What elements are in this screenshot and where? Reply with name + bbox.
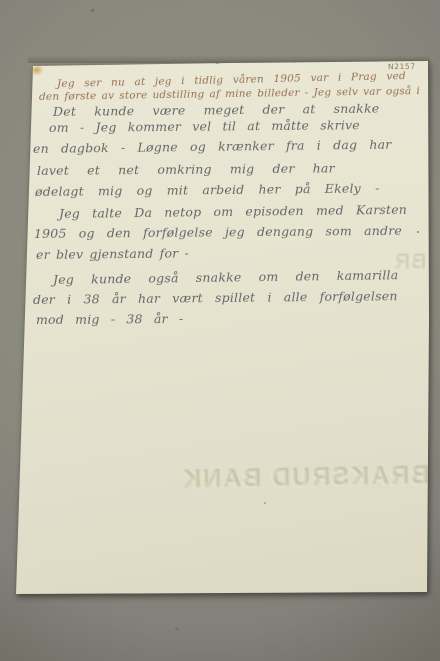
foxing-spot [264, 502, 266, 504]
handwriting-line-6: lavet et net omkring mig der har [37, 161, 335, 177]
handwriting-line-5: en dagbok - Løgne og krænker fra i dag h… [33, 138, 392, 155]
foxing-spot [215, 61, 220, 64]
rust-stain [32, 66, 44, 76]
handwriting-line-11: Jeg kunde også snakke om den kamarilla [53, 268, 399, 286]
embossed-watermark: BRAKSRUD BANK [180, 462, 429, 495]
handwriting-line-13: mod mig - 38 år - [36, 312, 183, 326]
photograph-background: N2157 Jeg ser nu at jeg i tidlig våren 1… [0, 0, 440, 661]
handwriting-line-3: Det kunde være meget der at snakke [53, 102, 379, 118]
handwriting-line-4: om - Jeg kommer vel til at måtte skrive [49, 118, 360, 134]
handwriting-line-12: der i 38 år har vært spillet i alle forf… [33, 289, 398, 306]
handwriting-line-9: 1905 og den forfølgelse jeg dengang som … [34, 224, 402, 240]
letter-page: N2157 Jeg ser nu at jeg i tidlig våren 1… [0, 0, 440, 661]
handwriting-line-10: er blev gjenstand for - [36, 246, 189, 261]
handwriting-line-8: Jeg talte Da netop om episoden med Karst… [59, 203, 407, 220]
embossed-watermark-partial: BR [393, 251, 425, 275]
foxing-spot [293, 60, 296, 63]
foxing-spot [417, 231, 419, 233]
paper-shadow-wrap: N2157 Jeg ser nu at jeg i tidlig våren 1… [0, 0, 440, 661]
handwriting-line-7: ødelagt mig og mit arbeid her på Ekely - [35, 181, 380, 198]
